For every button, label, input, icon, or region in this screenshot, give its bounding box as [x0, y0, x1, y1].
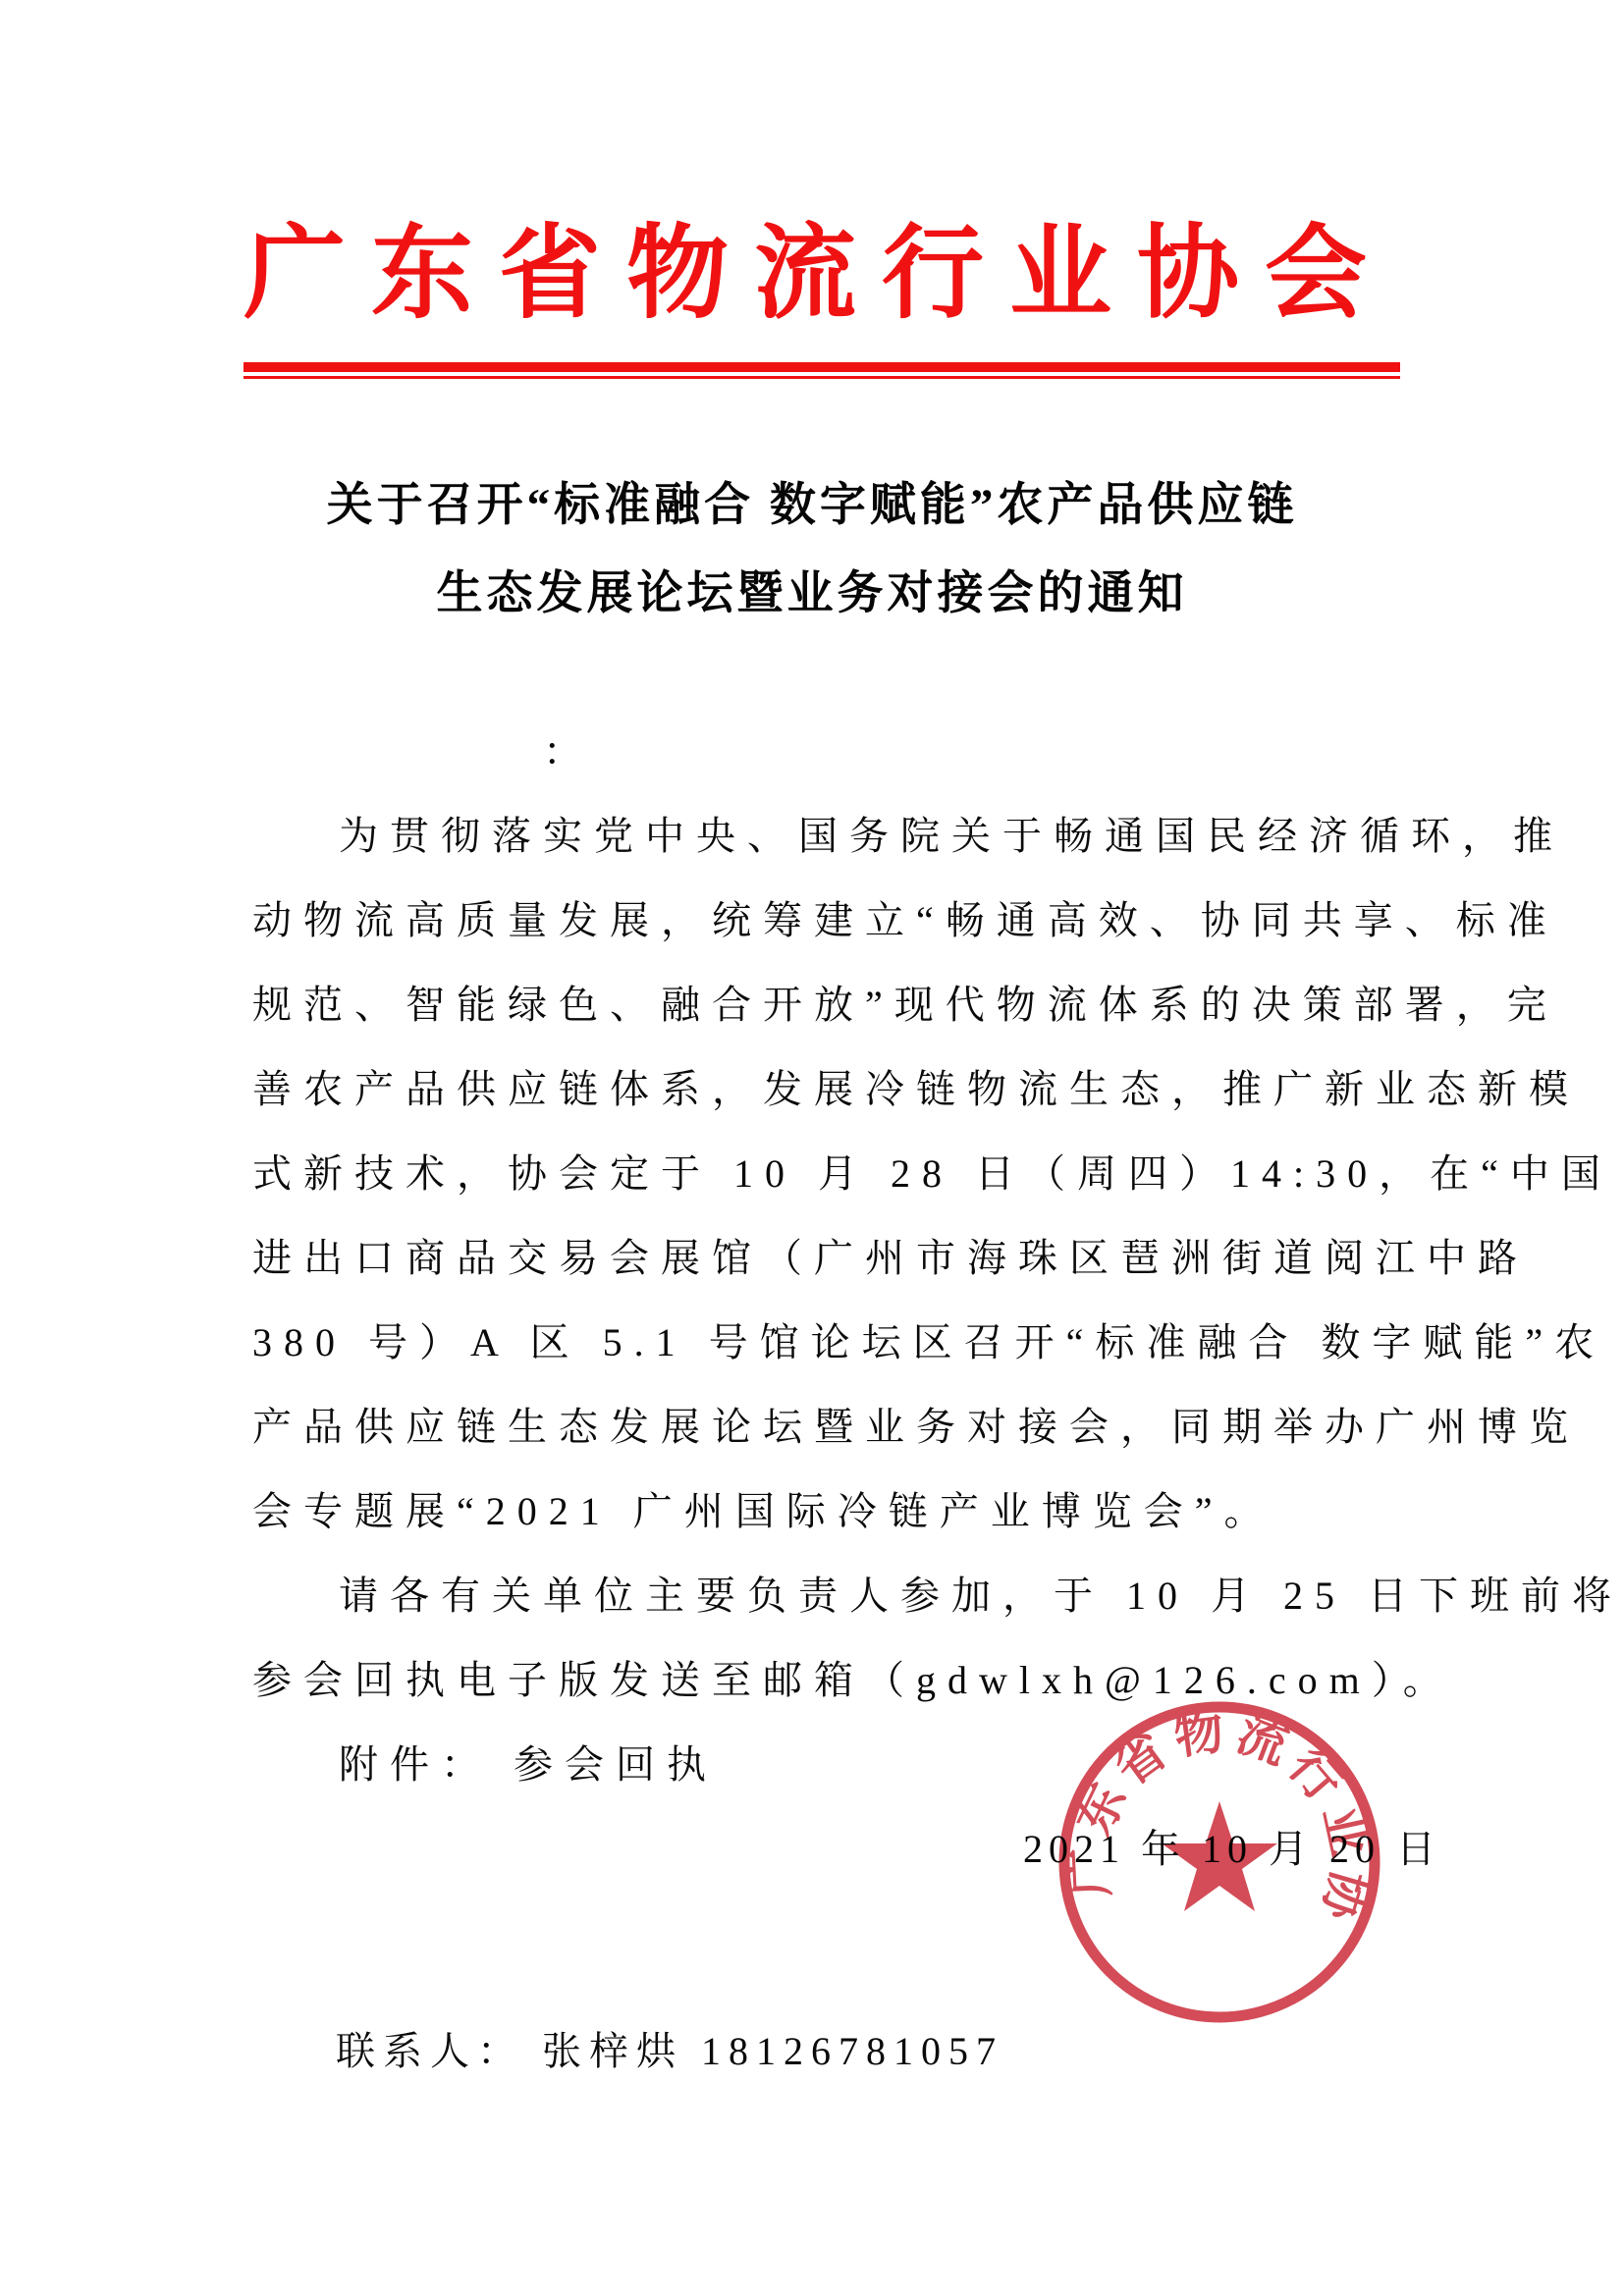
body-line: 会专题展“2021 广州国际冷链产业博览会”。	[252, 1469, 1489, 1554]
body-text-block: 为贯彻落实党中央、国务院关于畅通国民经济循环，推 动物流高质量发展，统筹建立“畅…	[252, 794, 1489, 1807]
body-line: 产品供应链生态发展论坛暨业务对接会，同期举办广州博览	[252, 1385, 1489, 1469]
body-line: 善农产品供应链体系，发展冷链物流生态，推广新业态新模	[252, 1047, 1489, 1132]
official-seal: 广东省物流行业协会	[1053, 1695, 1386, 2029]
salutation-colon: ：	[543, 713, 582, 791]
notice-title-line2: 生态发展论坛暨业务对接会的通知	[0, 565, 1624, 622]
notice-document-page: { "doc": { "letterhead": "广东省物流行业协会", "t…	[0, 0, 1624, 2296]
contact-line: 联系人： 张梓烘 18126781057	[336, 2020, 1003, 2083]
body-line: 式新技术，协会定于 10 月 28 日（周四）14:30，在“中国	[252, 1132, 1489, 1216]
body-line: 规范、智能绿色、融合开放”现代物流体系的决策部署，完	[252, 963, 1489, 1047]
body-line: 动物流高质量发展，统筹建立“畅通高效、协同共享、标准	[252, 879, 1489, 963]
letterhead-rule-thick	[244, 362, 1400, 372]
body-line: 请各有关单位主要负责人参加，于 10 月 25 日下班前将	[252, 1554, 1489, 1638]
letterhead-rule-thin	[244, 376, 1400, 379]
body-line: 进出口商品交易会展馆（广州市海珠区琶洲街道阅江中路	[252, 1216, 1489, 1301]
letterhead-title: 广东省物流行业协会	[244, 214, 1481, 340]
body-line: 为贯彻落实党中央、国务院关于畅通国民经济循环，推	[252, 794, 1489, 879]
notice-title-line1: 关于召开“标准融合 数字赋能”农产品供应链	[0, 477, 1624, 534]
body-line: 380 号）A 区 5.1 号馆论坛区召开“标准融合 数字赋能”农	[252, 1301, 1489, 1385]
star-icon	[1162, 1801, 1277, 1911]
